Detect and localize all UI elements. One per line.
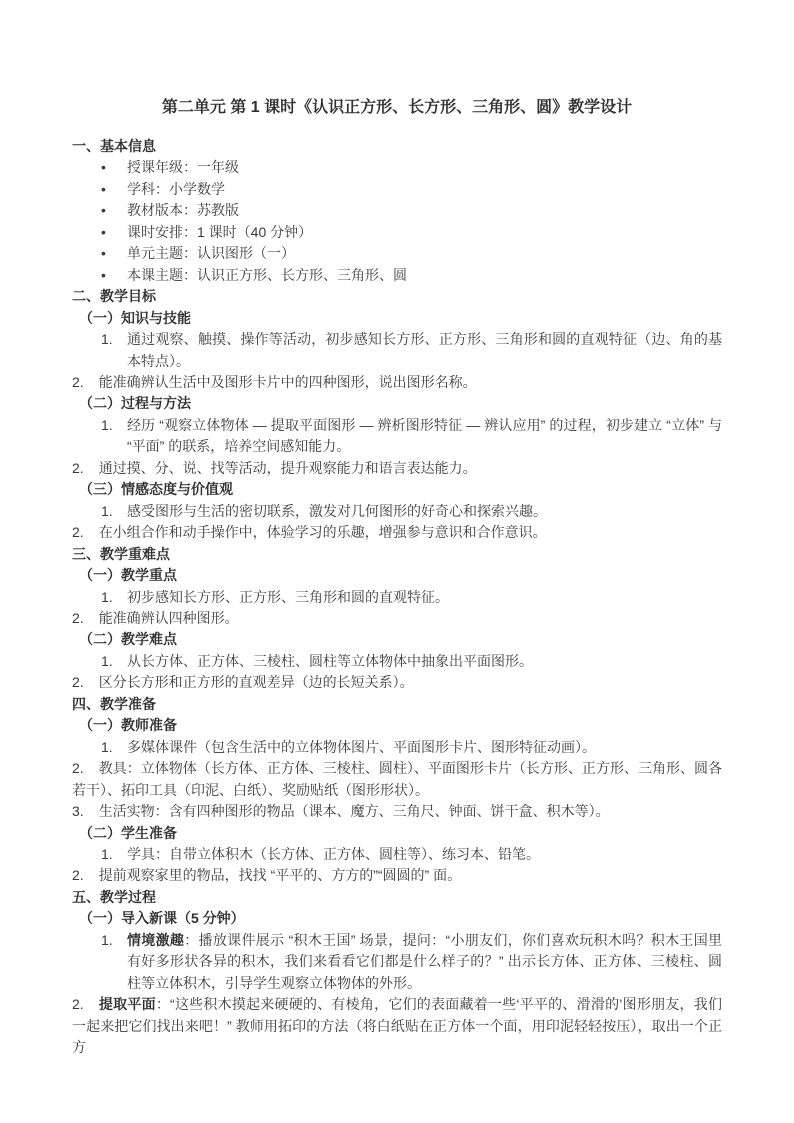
item-number: 1. [101, 501, 113, 522]
item-number: 2. [72, 758, 84, 779]
item-number: 2. [72, 672, 84, 693]
paragraph-text: 经历 “观察立体物体 — 提取平面图形 — 辨析图形特征 — 辨认应用” 的过程… [127, 417, 722, 454]
paragraph-text: 通过摸、分、说、找等活动，提升观察能力和语言表达能力。 [99, 460, 477, 476]
section-heading: 一、基本信息 [72, 136, 722, 157]
section-heading: 三、教学重难点 [72, 544, 722, 565]
section-heading: 五、教学过程 [72, 887, 722, 908]
paragraph-text: 在小组合作和动手操作中，体验学习的乐趣，增强参与意识和合作意识。 [99, 524, 547, 540]
item-number: 1. [101, 651, 113, 672]
numbered-paragraph: 2.区分长方形和正方形的直观差异（边的长短关系）。 [72, 672, 722, 693]
subsection-heading: （一）导入新课（5 分钟） [72, 908, 722, 929]
paragraph-text: ：“这些积木摸起来硬硬的、有棱角，它们的表面藏着一些‘平平的、滑滑的’图形朋友，… [72, 996, 722, 1055]
paragraph-text: ：播放课件展示 “积木王国” 场景，提问：“小朋友们，你们喜欢玩积木吗？积木王国… [127, 932, 722, 991]
bullet-icon: • [101, 200, 106, 221]
item-number: 1. [101, 329, 113, 350]
subsection-heading: （一）教师准备 [72, 715, 722, 736]
paragraph-text: 能准确辨认四种图形。 [99, 610, 239, 626]
paragraph-text: 通过观察、触摸、操作等活动，初步感知长方形、正方形、三角形和圆的直观特征（边、角… [127, 331, 722, 368]
bullet-icon: • [101, 222, 106, 243]
bullet-list-item: •学科：小学数学 [72, 179, 722, 200]
item-number: 2. [72, 458, 84, 479]
bullet-text: 授课年级：一年级 [127, 159, 239, 175]
numbered-list-item: 1.感受图形与生活的密切联系，激发对几何图形的好奇心和探索兴趣。 [72, 501, 722, 522]
document-page: 第二单元 第 1 课时《认识正方形、长方形、三角形、圆》教学设计 一、基本信息•… [0, 0, 794, 1123]
numbered-paragraph: 2.在小组合作和动手操作中，体验学习的乐趣，增强参与意识和合作意识。 [72, 522, 722, 543]
numbered-paragraph: 2.通过摸、分、说、找等活动，提升观察能力和语言表达能力。 [72, 458, 722, 479]
numbered-list-item: 1.经历 “观察立体物体 — 提取平面图形 — 辨析图形特征 — 辨认应用” 的… [72, 415, 722, 458]
subsection-heading: （二）教学难点 [72, 629, 722, 650]
section-heading: 四、教学准备 [72, 694, 722, 715]
bold-lead-in: 提取平面 [99, 996, 156, 1012]
section-heading: 二、教学目标 [72, 286, 722, 307]
bullet-list-item: •单元主题：认识图形（一） [72, 243, 722, 264]
item-number: 2. [72, 372, 84, 393]
bullet-list-item: •授课年级：一年级 [72, 157, 722, 178]
numbered-paragraph: 3.生活实物：含有四种图形的物品（课本、魔方、三角尺、钟面、饼干盒、积木等）。 [72, 801, 722, 822]
subsection-heading: （三）情感态度与价值观 [72, 479, 722, 500]
item-number: 1. [101, 415, 113, 436]
bullet-icon: • [101, 179, 106, 200]
numbered-list-item: 1.学具：自带立体积木（长方体、正方体、圆柱等）、练习本、铅笔。 [72, 844, 722, 865]
numbered-paragraph: 2.能准确辨认生活中及图形卡片中的四种图形，说出图形名称。 [72, 372, 722, 393]
paragraph-text: 区分长方形和正方形的直观差异（边的长短关系）。 [99, 674, 414, 690]
bullet-text: 单元主题：认识图形（一） [127, 245, 295, 261]
paragraph-text: 多媒体课件（包含生活中的立体物体图片、平面图形卡片、图形特征动画）。 [127, 739, 596, 755]
numbered-list-item: 1.从长方体、正方体、三棱柱、圆柱等立体物体中抽象出平面图形。 [72, 651, 722, 672]
item-number: 3. [72, 801, 84, 822]
numbered-list-item: 1.初步感知长方形、正方形、三角形和圆的直观特征。 [72, 587, 722, 608]
numbered-paragraph: 2.提前观察家里的物品，找找 “平平的、方方的”“圆圆的” 面。 [72, 865, 722, 886]
numbered-paragraph: 2.提取平面：“这些积木摸起来硬硬的、有棱角，它们的表面藏着一些‘平平的、滑滑的… [72, 994, 722, 1058]
document-body: 一、基本信息•授课年级：一年级•学科：小学数学•教材版本：苏教版•课时安排：1 … [72, 136, 722, 1058]
item-number: 2. [72, 865, 84, 886]
subsection-heading: （二）学生准备 [72, 823, 722, 844]
item-number: 2. [72, 608, 84, 629]
bullet-list-item: •教材版本：苏教版 [72, 200, 722, 221]
numbered-paragraph: 2.教具：立体物体（长方体、正方体、三棱柱、圆柱）、平面图形卡片（长方形、正方形… [72, 758, 722, 801]
subsection-heading: （一）知识与技能 [72, 308, 722, 329]
subsection-heading: （一）教学重点 [72, 565, 722, 586]
bullet-icon: • [101, 157, 106, 178]
item-number: 2. [72, 994, 84, 1015]
bullet-text: 教材版本：苏教版 [127, 202, 239, 218]
bold-lead-in: 情境激趣 [127, 932, 184, 948]
item-number: 1. [101, 587, 113, 608]
paragraph-text: 感受图形与生活的密切联系，激发对几何图形的好奇心和探索兴趣。 [127, 503, 547, 519]
bullet-list-item: •本课主题：认识正方形、长方形、三角形、圆 [72, 265, 722, 286]
numbered-paragraph: 2.能准确辨认四种图形。 [72, 608, 722, 629]
item-number: 1. [101, 930, 113, 951]
paragraph-text: 初步感知长方形、正方形、三角形和圆的直观特征。 [127, 589, 449, 605]
item-number: 1. [101, 737, 113, 758]
bullet-text: 课时安排：1 课时（40 分钟） [127, 224, 312, 240]
paragraph-text: 提前观察家里的物品，找找 “平平的、方方的”“圆圆的” 面。 [99, 867, 461, 883]
bullet-text: 本课主题：认识正方形、长方形、三角形、圆 [127, 267, 407, 283]
paragraph-text: 能准确辨认生活中及图形卡片中的四种图形，说出图形名称。 [99, 374, 477, 390]
item-number: 2. [72, 522, 84, 543]
numbered-list-item: 1.多媒体课件（包含生活中的立体物体图片、平面图形卡片、图形特征动画）。 [72, 737, 722, 758]
item-number: 1. [101, 844, 113, 865]
numbered-list-item: 1.通过观察、触摸、操作等活动，初步感知长方形、正方形、三角形和圆的直观特征（边… [72, 329, 722, 372]
paragraph-text: 学具：自带立体积木（长方体、正方体、圆柱等）、练习本、铅笔。 [127, 846, 540, 862]
bullet-icon: • [101, 265, 106, 286]
bullet-list-item: •课时安排：1 课时（40 分钟） [72, 222, 722, 243]
document-title: 第二单元 第 1 课时《认识正方形、长方形、三角形、圆》教学设计 [72, 96, 722, 120]
numbered-list-item: 1.情境激趣：播放课件展示 “积木王国” 场景，提问：“小朋友们，你们喜欢玩积木… [72, 930, 722, 994]
subsection-heading: （二）过程与方法 [72, 393, 722, 414]
bullet-icon: • [101, 243, 106, 264]
paragraph-text: 从长方体、正方体、三棱柱、圆柱等立体物体中抽象出平面图形。 [127, 653, 533, 669]
bullet-text: 学科：小学数学 [127, 181, 225, 197]
paragraph-text: 生活实物：含有四种图形的物品（课本、魔方、三角尺、钟面、饼干盒、积木等）。 [99, 803, 610, 819]
paragraph-text: 教具：立体物体（长方体、正方体、三棱柱、圆柱）、平面图形卡片（长方形、正方形、三… [72, 760, 722, 797]
